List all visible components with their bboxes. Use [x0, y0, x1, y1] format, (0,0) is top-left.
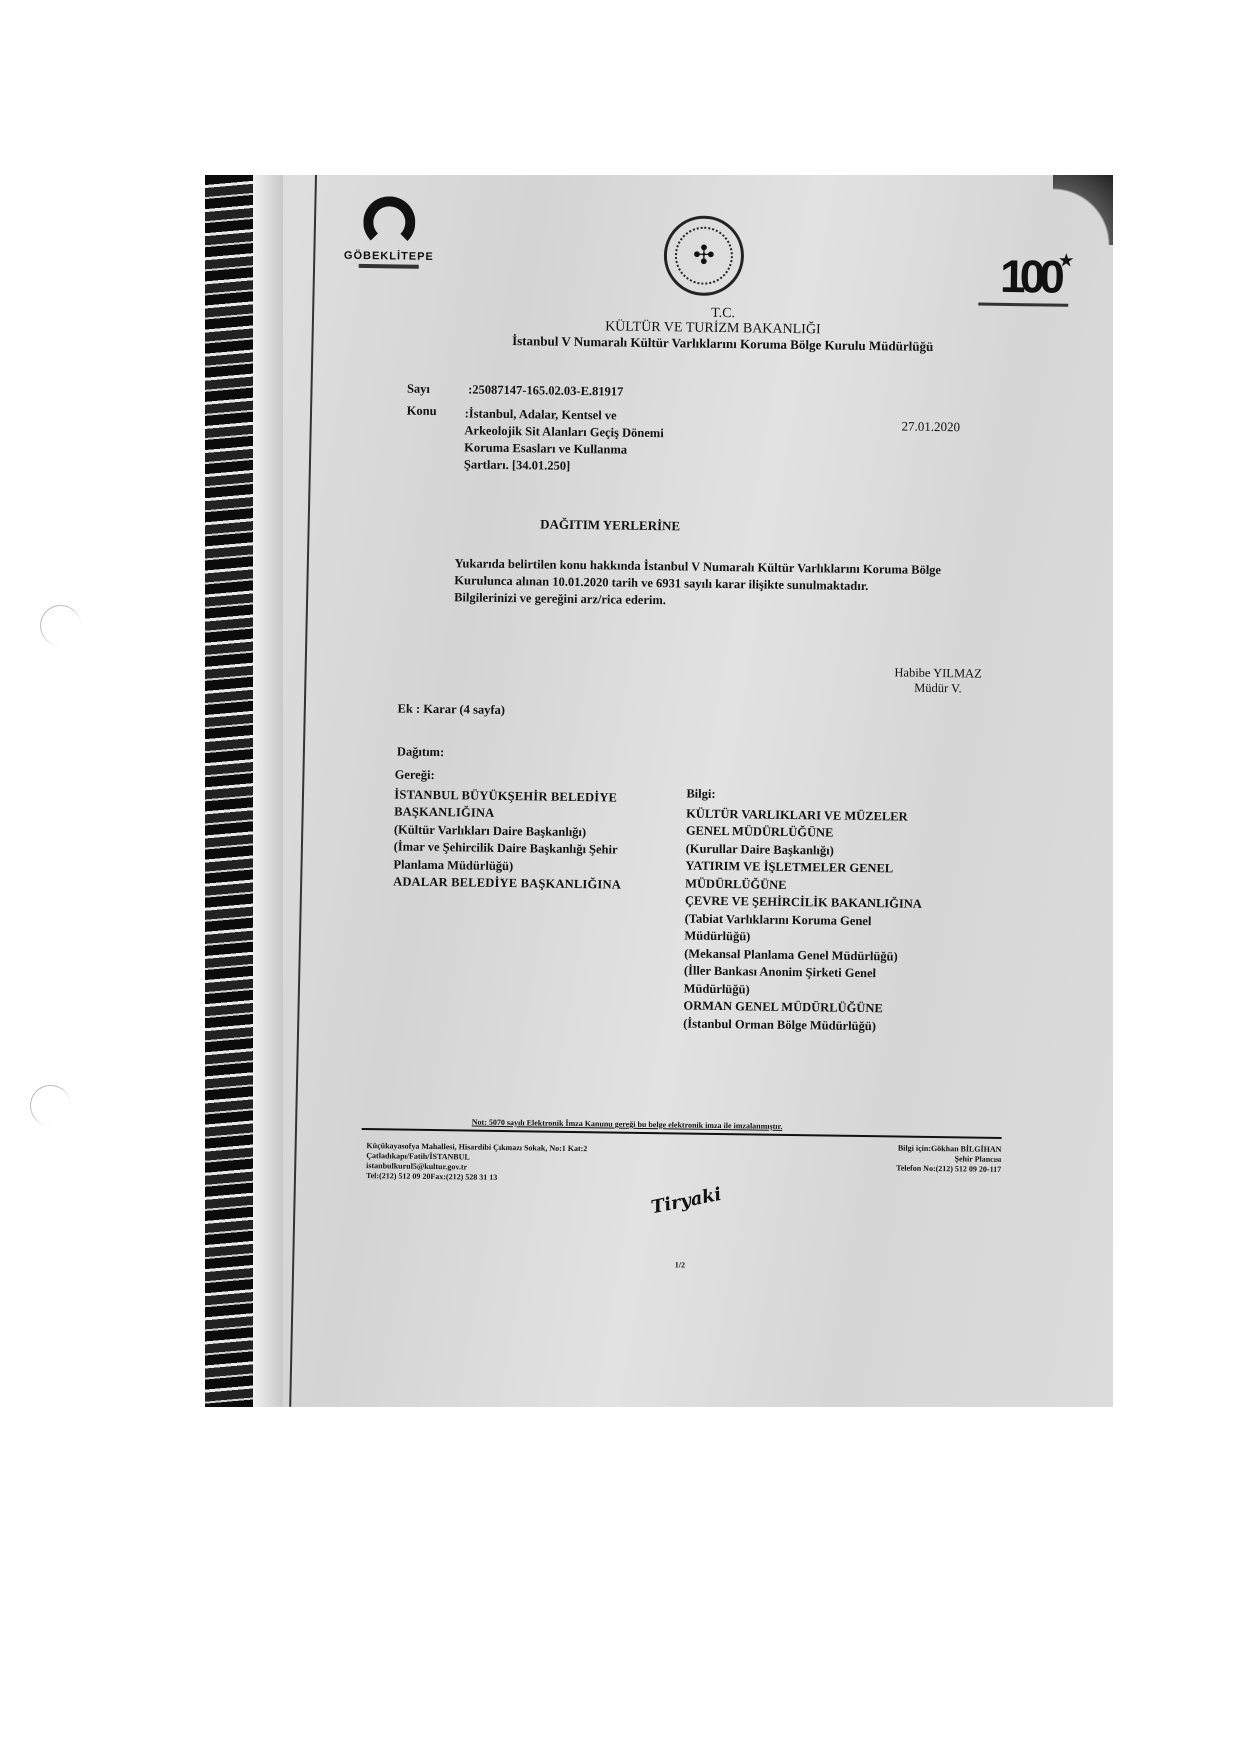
- konu-row: Konu: [407, 404, 465, 420]
- gobeklitepe-logo: GÖBEKLİTEPE: [334, 196, 445, 270]
- handwritten-signature: Tiryaki: [649, 1184, 723, 1218]
- sayi-value: :25087147-165.02.03-E.81917: [468, 382, 623, 398]
- punch-hole-mark: [30, 1085, 71, 1126]
- star-icon: ★: [1059, 253, 1068, 270]
- signatory-block: Habibe YILMAZ Müdür V.: [888, 665, 988, 696]
- letter-date: 27.01.2020: [901, 418, 960, 435]
- gobeklitepe-logo-icon: [363, 196, 416, 249]
- e-signature-note: Not: 5070 sayılı Elektronik İmza Kanunu …: [472, 1118, 783, 1131]
- letter-body: Yukarıda belirtilen konu hakkında İstanb…: [399, 554, 970, 613]
- addressee: DAĞITIM YERLERİNE: [540, 516, 680, 534]
- scanned-document: GÖBEKLİTEPE ✣ 100★ T.C. KÜLTÜR VE TURİZM…: [205, 175, 1113, 1407]
- footer-contact: Bilgi için:Gökhan BİLGİHAN Şehir Plancıs…: [841, 1143, 1001, 1175]
- centenary-logo: 100★: [978, 253, 1089, 308]
- ministry-emblem-icon: ✣: [663, 215, 744, 296]
- punch-hole-mark: [40, 605, 81, 646]
- attachment-line: Ek : Karar (4 sayfa): [397, 701, 505, 717]
- distribution-bilgi: Bilgi: KÜLTÜR VARLIKLARI VE MÜZELER GENE…: [683, 786, 996, 1037]
- sayi-row: Sayı :25087147-165.02.03-E.81917: [407, 382, 624, 400]
- footer-divider: [362, 1128, 1002, 1139]
- signatory-name: Habibe YILMAZ: [888, 665, 988, 681]
- footer-address: Küçükayasofya Mahallesi, Hisardibi Çıkma…: [366, 1141, 587, 1184]
- sayi-label: Sayı: [407, 382, 465, 398]
- page-number: 1/2: [675, 1260, 685, 1269]
- distribution-label: Dağıtım:: [397, 744, 444, 760]
- konu-value: :İstanbul, Adalar, Kentsel ve Arkeolojik…: [464, 405, 664, 476]
- binder-edge: [253, 175, 283, 1407]
- distribution-gereği: Gereği: İSTANBUL BÜYÜKŞEHİR BELEDİYE BAŞ…: [393, 766, 705, 895]
- letter-page: GÖBEKLİTEPE ✣ 100★ T.C. KÜLTÜR VE TURİZM…: [278, 175, 1113, 1407]
- signatory-title: Müdür V.: [888, 680, 988, 696]
- binder-spine: [205, 175, 253, 1407]
- konu-label: Konu: [407, 404, 465, 420]
